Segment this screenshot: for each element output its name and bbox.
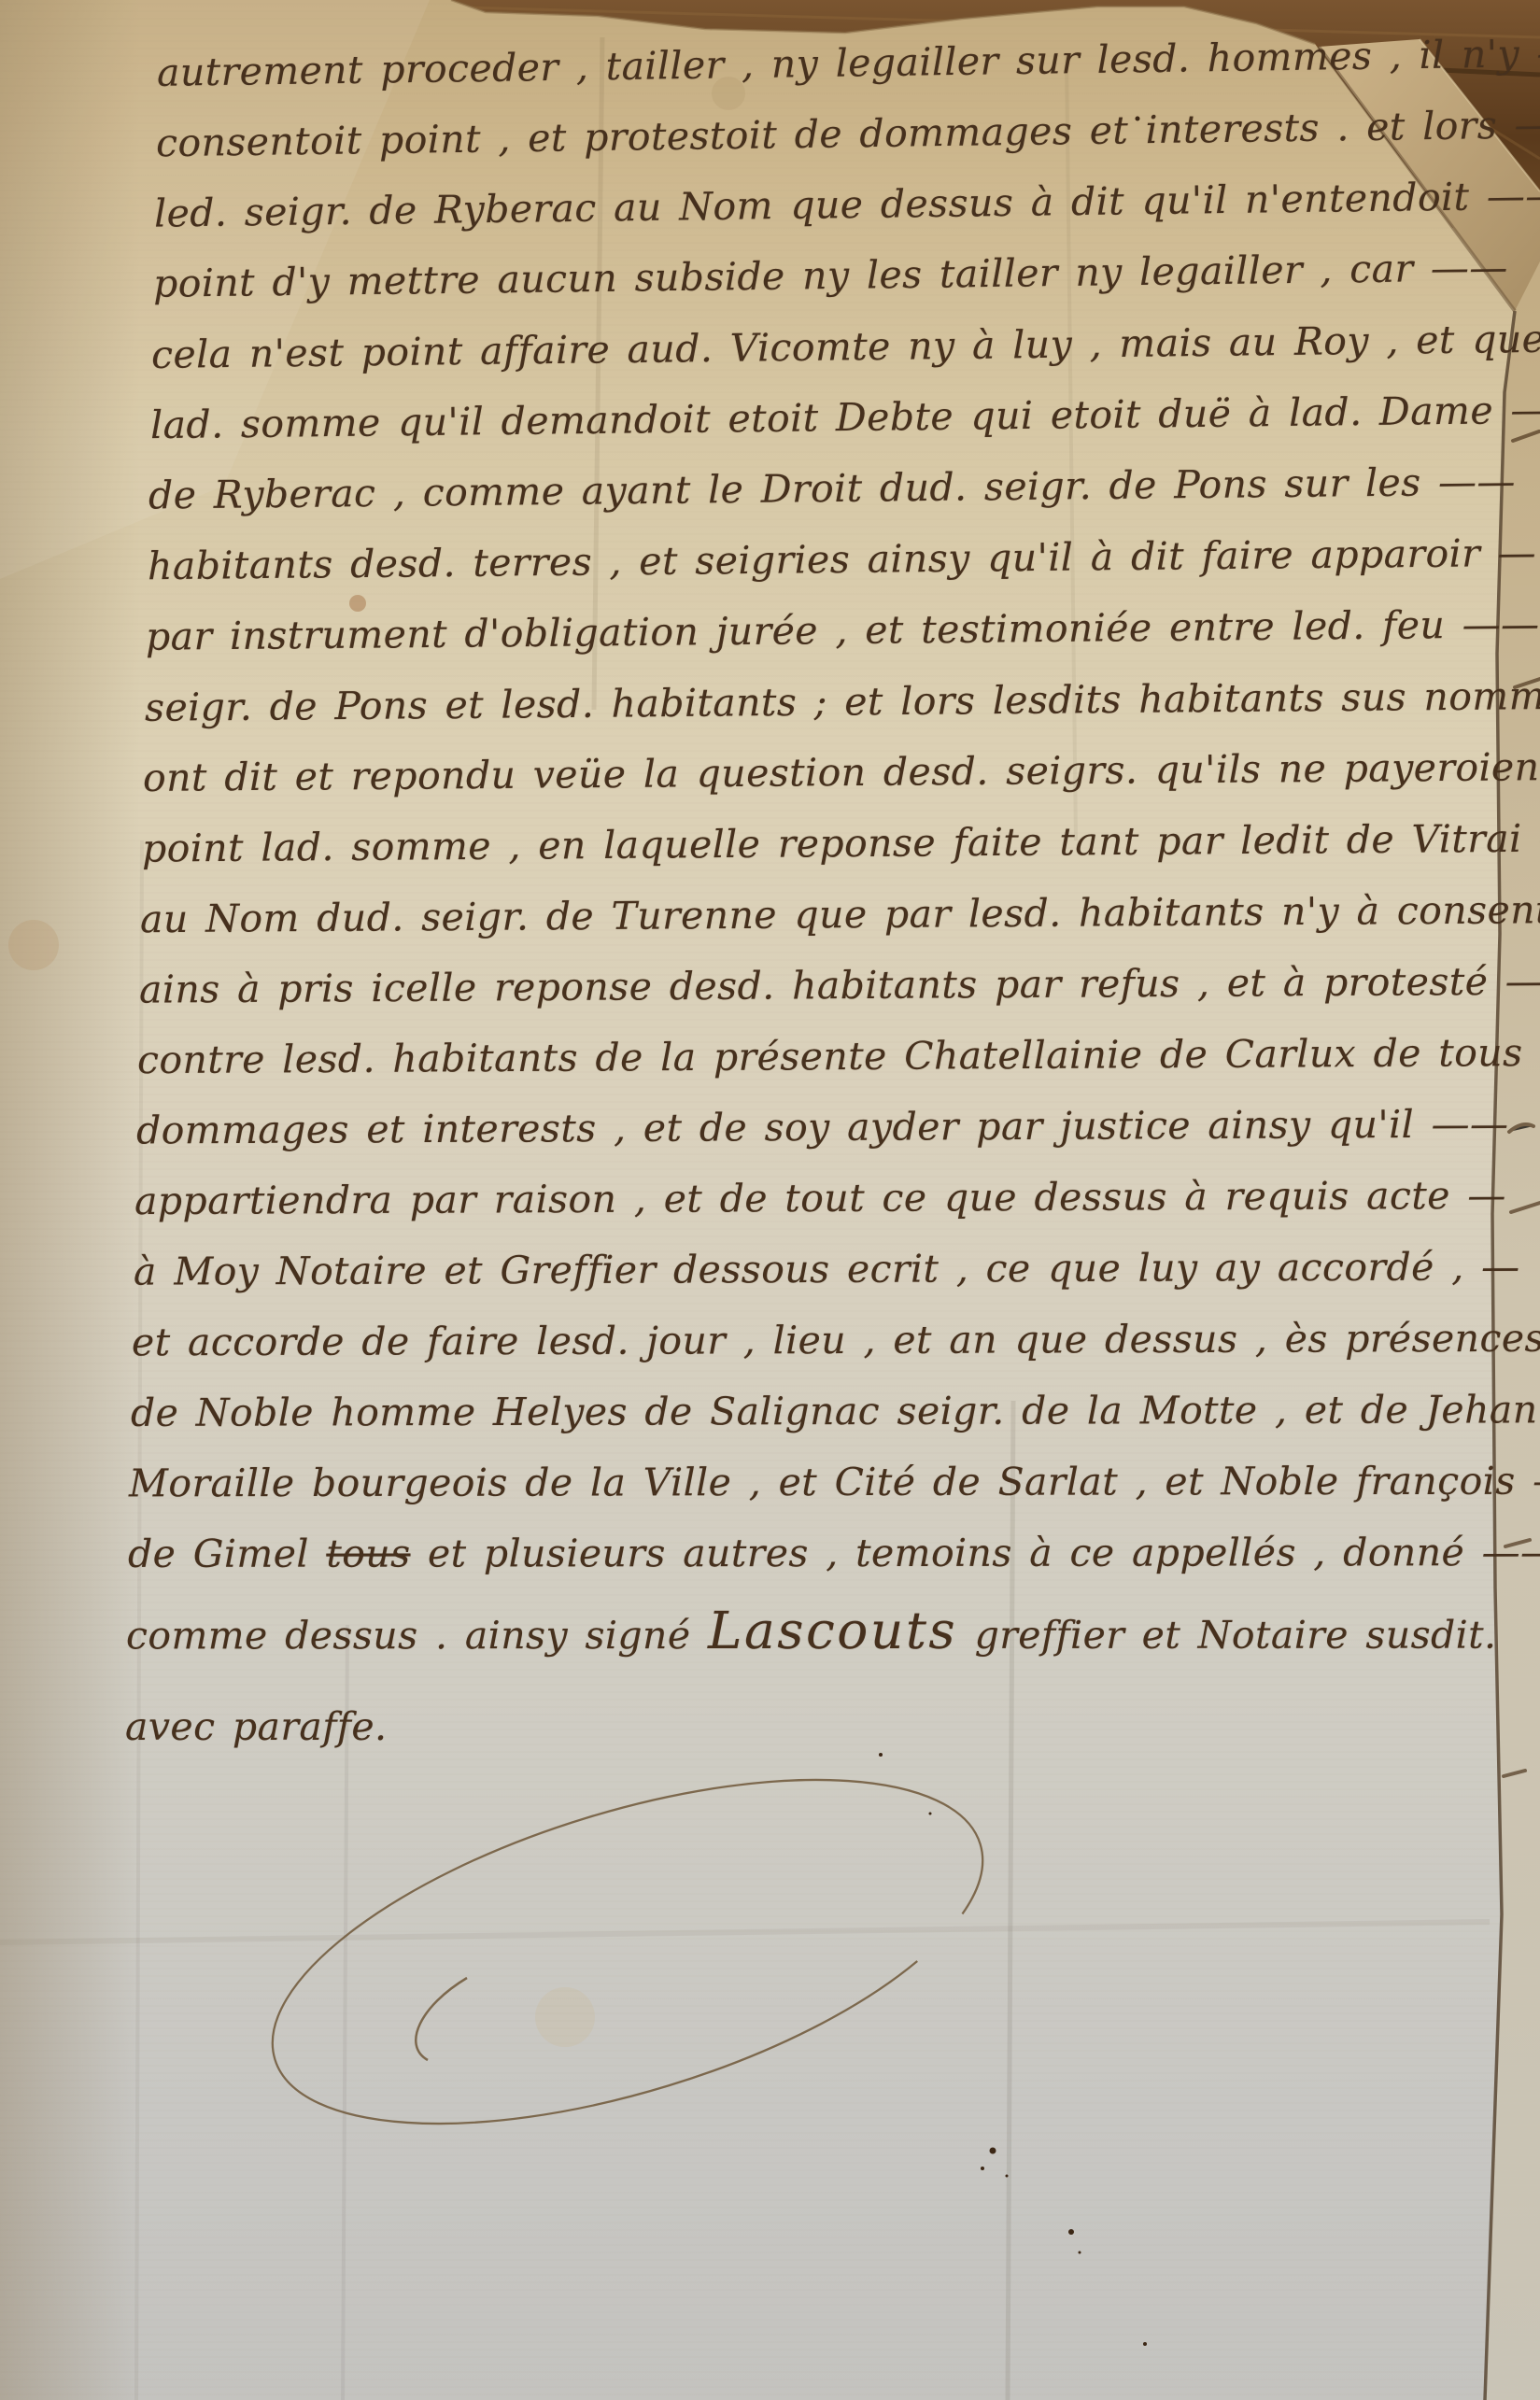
- manuscript-line: appartiendra par raison , et de tout ce …: [134, 1177, 1506, 1221]
- line-text: seigr. de Pons et lesd. habitants ; et l…: [144, 672, 1540, 730]
- manuscript-line: consentoit point , et protestoit de domm…: [155, 106, 1540, 163]
- line-text: de Gimel: [127, 1532, 325, 1576]
- line-text: par instrument d'obligation jurée , et t…: [146, 601, 1540, 659]
- manuscript-line: habitants desd. terres , et seigries ain…: [147, 534, 1535, 586]
- manuscript-line: ont dit et repondu veüe la question desd…: [143, 748, 1540, 798]
- line-text: avec paraffe.: [124, 1704, 386, 1749]
- line-text: contre lesd. habitants de la présente Ch…: [137, 1030, 1540, 1082]
- line-text: au Nom dud. seigr. de Turenne que par le…: [140, 887, 1540, 942]
- manuscript-line: à Moy Notaire et Greffier dessous ecrit …: [133, 1248, 1519, 1291]
- line-text: de Noble homme Helyes de Salignac seigr.…: [130, 1387, 1540, 1435]
- manuscript-line: comme dessus . ainsy signé Lascouts gref…: [126, 1605, 1497, 1658]
- line-text: lad. somme qu'il demandoit etoit Debte q…: [149, 388, 1540, 447]
- notary-signature: Lascouts: [708, 1601, 957, 1660]
- line-text: consentoit point , et protestoit de domm…: [155, 102, 1540, 166]
- line-text: greffier et Notaire susdit.: [957, 1613, 1496, 1658]
- manuscript-line: seigr. de Pons et lesd. habitants ; et l…: [144, 676, 1540, 727]
- manuscript-line: de Noble homme Helyes de Salignac seigr.…: [130, 1391, 1540, 1433]
- manuscript-line: led. seigr. de Ryberac au Nom que dessus…: [154, 176, 1540, 233]
- handwriting-lines: autrement proceder , tailler , ny legail…: [0, 0, 1540, 2400]
- manuscript-line: point d'y mettre aucun subside ny les ta…: [152, 248, 1507, 304]
- line-text: ont dit et repondu veüe la question desd…: [143, 744, 1540, 800]
- manuscript-line: dommages et interests , et de soy ayder …: [135, 1105, 1508, 1150]
- manuscript-line: de Ryberac , comme ayant le Droit dud. s…: [148, 462, 1516, 515]
- manuscript-line: ains à pris icelle reponse desd. habitan…: [138, 962, 1540, 1009]
- line-text: cela n'est point affaire aud. Vicomte ny…: [151, 316, 1540, 377]
- line-text: Moraille bourgeois de la Ville , et Cité…: [129, 1459, 1540, 1506]
- line-text: à Moy Notaire et Greffier dessous ecrit …: [133, 1244, 1519, 1293]
- line-text: comme dessus . ainsy signé: [126, 1613, 708, 1658]
- manuscript-line: par instrument d'obligation jurée , et t…: [146, 605, 1540, 656]
- manuscript-line: cela n'est point affaire aud. Vicomte ny…: [151, 319, 1540, 374]
- line-text: et accorde de faire lesd. jour , lieu , …: [132, 1316, 1540, 1365]
- manuscript-line: autrement proceder , tailler , ny legail…: [157, 34, 1540, 92]
- manuscript-line: Moraille bourgeois de la Ville , et Cité…: [129, 1462, 1540, 1504]
- line-text: et plusieurs autres , temoins à ce appel…: [410, 1530, 1540, 1575]
- line-text: point d'y mettre aucun subside ny les ta…: [152, 245, 1507, 306]
- line-text: point lad. somme , en laquelle reponse f…: [141, 815, 1540, 870]
- manuscript-photo: autrement proceder , tailler , ny legail…: [0, 0, 1540, 2400]
- line-text: led. seigr. de Ryberac au Nom que dessus…: [154, 173, 1540, 235]
- struck-word: tous: [326, 1532, 410, 1576]
- line-text: ains à pris icelle reponse desd. habitan…: [138, 958, 1540, 1011]
- line-text: appartiendra par raison , et de tout ce …: [134, 1173, 1506, 1223]
- line-text: de Ryberac , comme ayant le Droit dud. s…: [148, 459, 1516, 517]
- manuscript-line: au Nom dud. seigr. de Turenne que par le…: [140, 891, 1540, 939]
- manuscript-line: de Gimel tous et plusieurs autres , temo…: [127, 1533, 1540, 1574]
- manuscript-line: contre lesd. habitants de la présente Ch…: [137, 1034, 1540, 1080]
- manuscript-line: avec paraffe.: [124, 1708, 386, 1746]
- manuscript-line: et accorde de faire lesd. jour , lieu , …: [132, 1320, 1540, 1362]
- line-text: autrement proceder , tailler , ny legail…: [157, 30, 1540, 95]
- line-text: habitants desd. terres , et seigries ain…: [147, 530, 1535, 588]
- manuscript-line: lad. somme qu'il demandoit etoit Debte q…: [149, 391, 1540, 445]
- line-text: dommages et interests , et de soy ayder …: [135, 1101, 1508, 1152]
- manuscript-line: point lad. somme , en laquelle reponse f…: [141, 819, 1540, 868]
